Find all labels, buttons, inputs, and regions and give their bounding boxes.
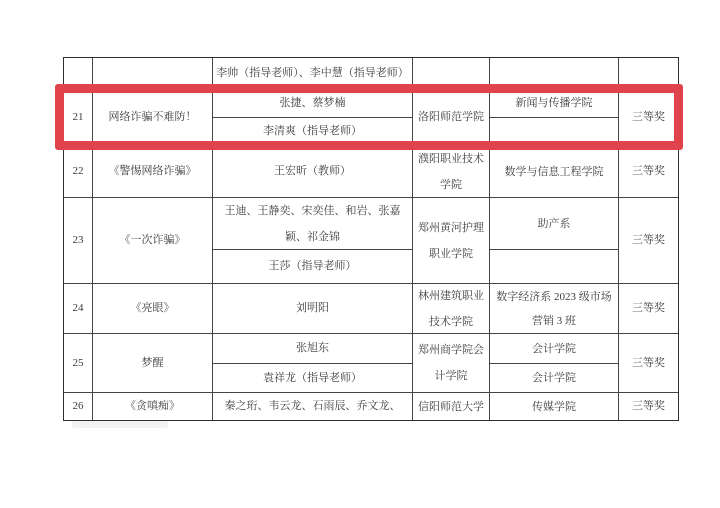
cell-members: 王宏昕（教师） bbox=[213, 146, 413, 197]
cell-title: 网络诈骗不难防！ bbox=[93, 89, 213, 145]
cell-no: 24 bbox=[64, 284, 93, 333]
cell-team: 张捷、蔡梦楠 李清爽（指导老师） bbox=[213, 89, 413, 145]
cell-advisors: 李清爽（指导老师） bbox=[213, 118, 412, 145]
cell-title: 《一次诈骗》 bbox=[93, 198, 213, 283]
cell-college-top: 会计学院 bbox=[490, 334, 618, 364]
cell-award: 三等奖 bbox=[619, 393, 678, 420]
cell-no: 23 bbox=[64, 198, 93, 283]
cell-college: 助产系 bbox=[490, 198, 619, 283]
table-row-21: 21 网络诈骗不难防！ 张捷、蔡梦楠 李清爽（指导老师） 洛阳师范学院 新闻与传… bbox=[64, 89, 678, 146]
cell-title: 梦醒 bbox=[93, 334, 213, 392]
cell-college-bottom bbox=[490, 250, 618, 283]
cell-no: 22 bbox=[64, 146, 93, 197]
awards-table: 李帅（指导老师）、李中慧（指导老师） 21 网络诈骗不难防！ 张捷、蔡梦楠 李清… bbox=[63, 57, 679, 421]
cell-college: 数字经济系 2023 级市场营销 3 班 bbox=[490, 284, 619, 333]
cell-award: 三等奖 bbox=[619, 89, 678, 145]
cell-title: 《亮眼》 bbox=[93, 284, 213, 333]
cell-college-top: 助产系 bbox=[490, 198, 618, 250]
cell-college-bottom bbox=[490, 118, 618, 145]
cell-school: 濮阳职业技术学院 bbox=[413, 146, 490, 197]
cell-team: 王迪、王静奕、宋奕佳、和岩、张嘉颖、祁金锦 王莎（指导老师） bbox=[213, 198, 413, 283]
scanned-page: 李帅（指导老师）、李中慧（指导老师） 21 网络诈骗不难防！ 张捷、蔡梦楠 李清… bbox=[0, 0, 720, 508]
cell-college: 新闻与传播学院 bbox=[490, 89, 619, 145]
cell-advisors: 袁祥龙（指导老师） bbox=[213, 364, 412, 392]
cell-members: 刘明阳 bbox=[213, 284, 413, 333]
cell-school bbox=[413, 58, 490, 88]
cell-no: 25 bbox=[64, 334, 93, 392]
cell-award: 三等奖 bbox=[619, 334, 678, 392]
cell-school: 洛阳师范学院 bbox=[413, 89, 490, 145]
cell-school: 林州建筑职业技术学院 bbox=[413, 284, 490, 333]
cell-award: 三等奖 bbox=[619, 198, 678, 283]
table-row-22: 22 《警惕网络诈骗》 王宏昕（教师） 濮阳职业技术学院 数学与信息工程学院 三… bbox=[64, 146, 678, 198]
cell-advisors: 李帅（指导老师）、李中慧（指导老师） bbox=[213, 58, 413, 88]
table-row-24: 24 《亮眼》 刘明阳 林州建筑职业技术学院 数字经济系 2023 级市场营销 … bbox=[64, 284, 678, 334]
cell-advisors: 王莎（指导老师） bbox=[213, 250, 412, 283]
cell-award: 三等奖 bbox=[619, 284, 678, 333]
scan-smudge bbox=[72, 421, 168, 428]
cell-no: 21 bbox=[64, 89, 93, 145]
cell-no bbox=[64, 58, 93, 88]
cell-college bbox=[490, 58, 619, 88]
cell-members: 张捷、蔡梦楠 bbox=[213, 89, 412, 118]
cell-members: 秦之珩、韦云龙、石雨辰、乔文龙、 bbox=[213, 393, 413, 420]
cell-school: 信阳师范大学 bbox=[413, 393, 490, 420]
cell-college: 会计学院 会计学院 bbox=[490, 334, 619, 392]
cell-college: 传媒学院 bbox=[490, 393, 619, 420]
cell-title: 《贪嗔痴》 bbox=[93, 393, 213, 420]
cell-school: 郑州黄河护理职业学院 bbox=[413, 198, 490, 283]
cell-college-bottom: 会计学院 bbox=[490, 364, 618, 392]
cell-no: 26 bbox=[64, 393, 93, 420]
cell-award: 三等奖 bbox=[619, 146, 678, 197]
cell-college-top: 新闻与传播学院 bbox=[490, 89, 618, 118]
table-row-25: 25 梦醒 张旭东 袁祥龙（指导老师） 郑州商学院会计学院 会计学院 会计学院 … bbox=[64, 334, 678, 393]
cell-members: 王迪、王静奕、宋奕佳、和岩、张嘉颖、祁金锦 bbox=[213, 198, 412, 250]
table-row-partial: 李帅（指导老师）、李中慧（指导老师） bbox=[64, 58, 678, 89]
cell-school: 郑州商学院会计学院 bbox=[413, 334, 490, 392]
cell-title bbox=[93, 58, 213, 88]
cell-members: 张旭东 bbox=[213, 334, 412, 364]
cell-award bbox=[619, 58, 678, 88]
cell-team: 张旭东 袁祥龙（指导老师） bbox=[213, 334, 413, 392]
table-row-23: 23 《一次诈骗》 王迪、王静奕、宋奕佳、和岩、张嘉颖、祁金锦 王莎（指导老师）… bbox=[64, 198, 678, 284]
cell-title: 《警惕网络诈骗》 bbox=[93, 146, 213, 197]
cell-college: 数学与信息工程学院 bbox=[490, 146, 619, 197]
table-row-26: 26 《贪嗔痴》 秦之珩、韦云龙、石雨辰、乔文龙、 信阳师范大学 传媒学院 三等… bbox=[64, 393, 678, 420]
